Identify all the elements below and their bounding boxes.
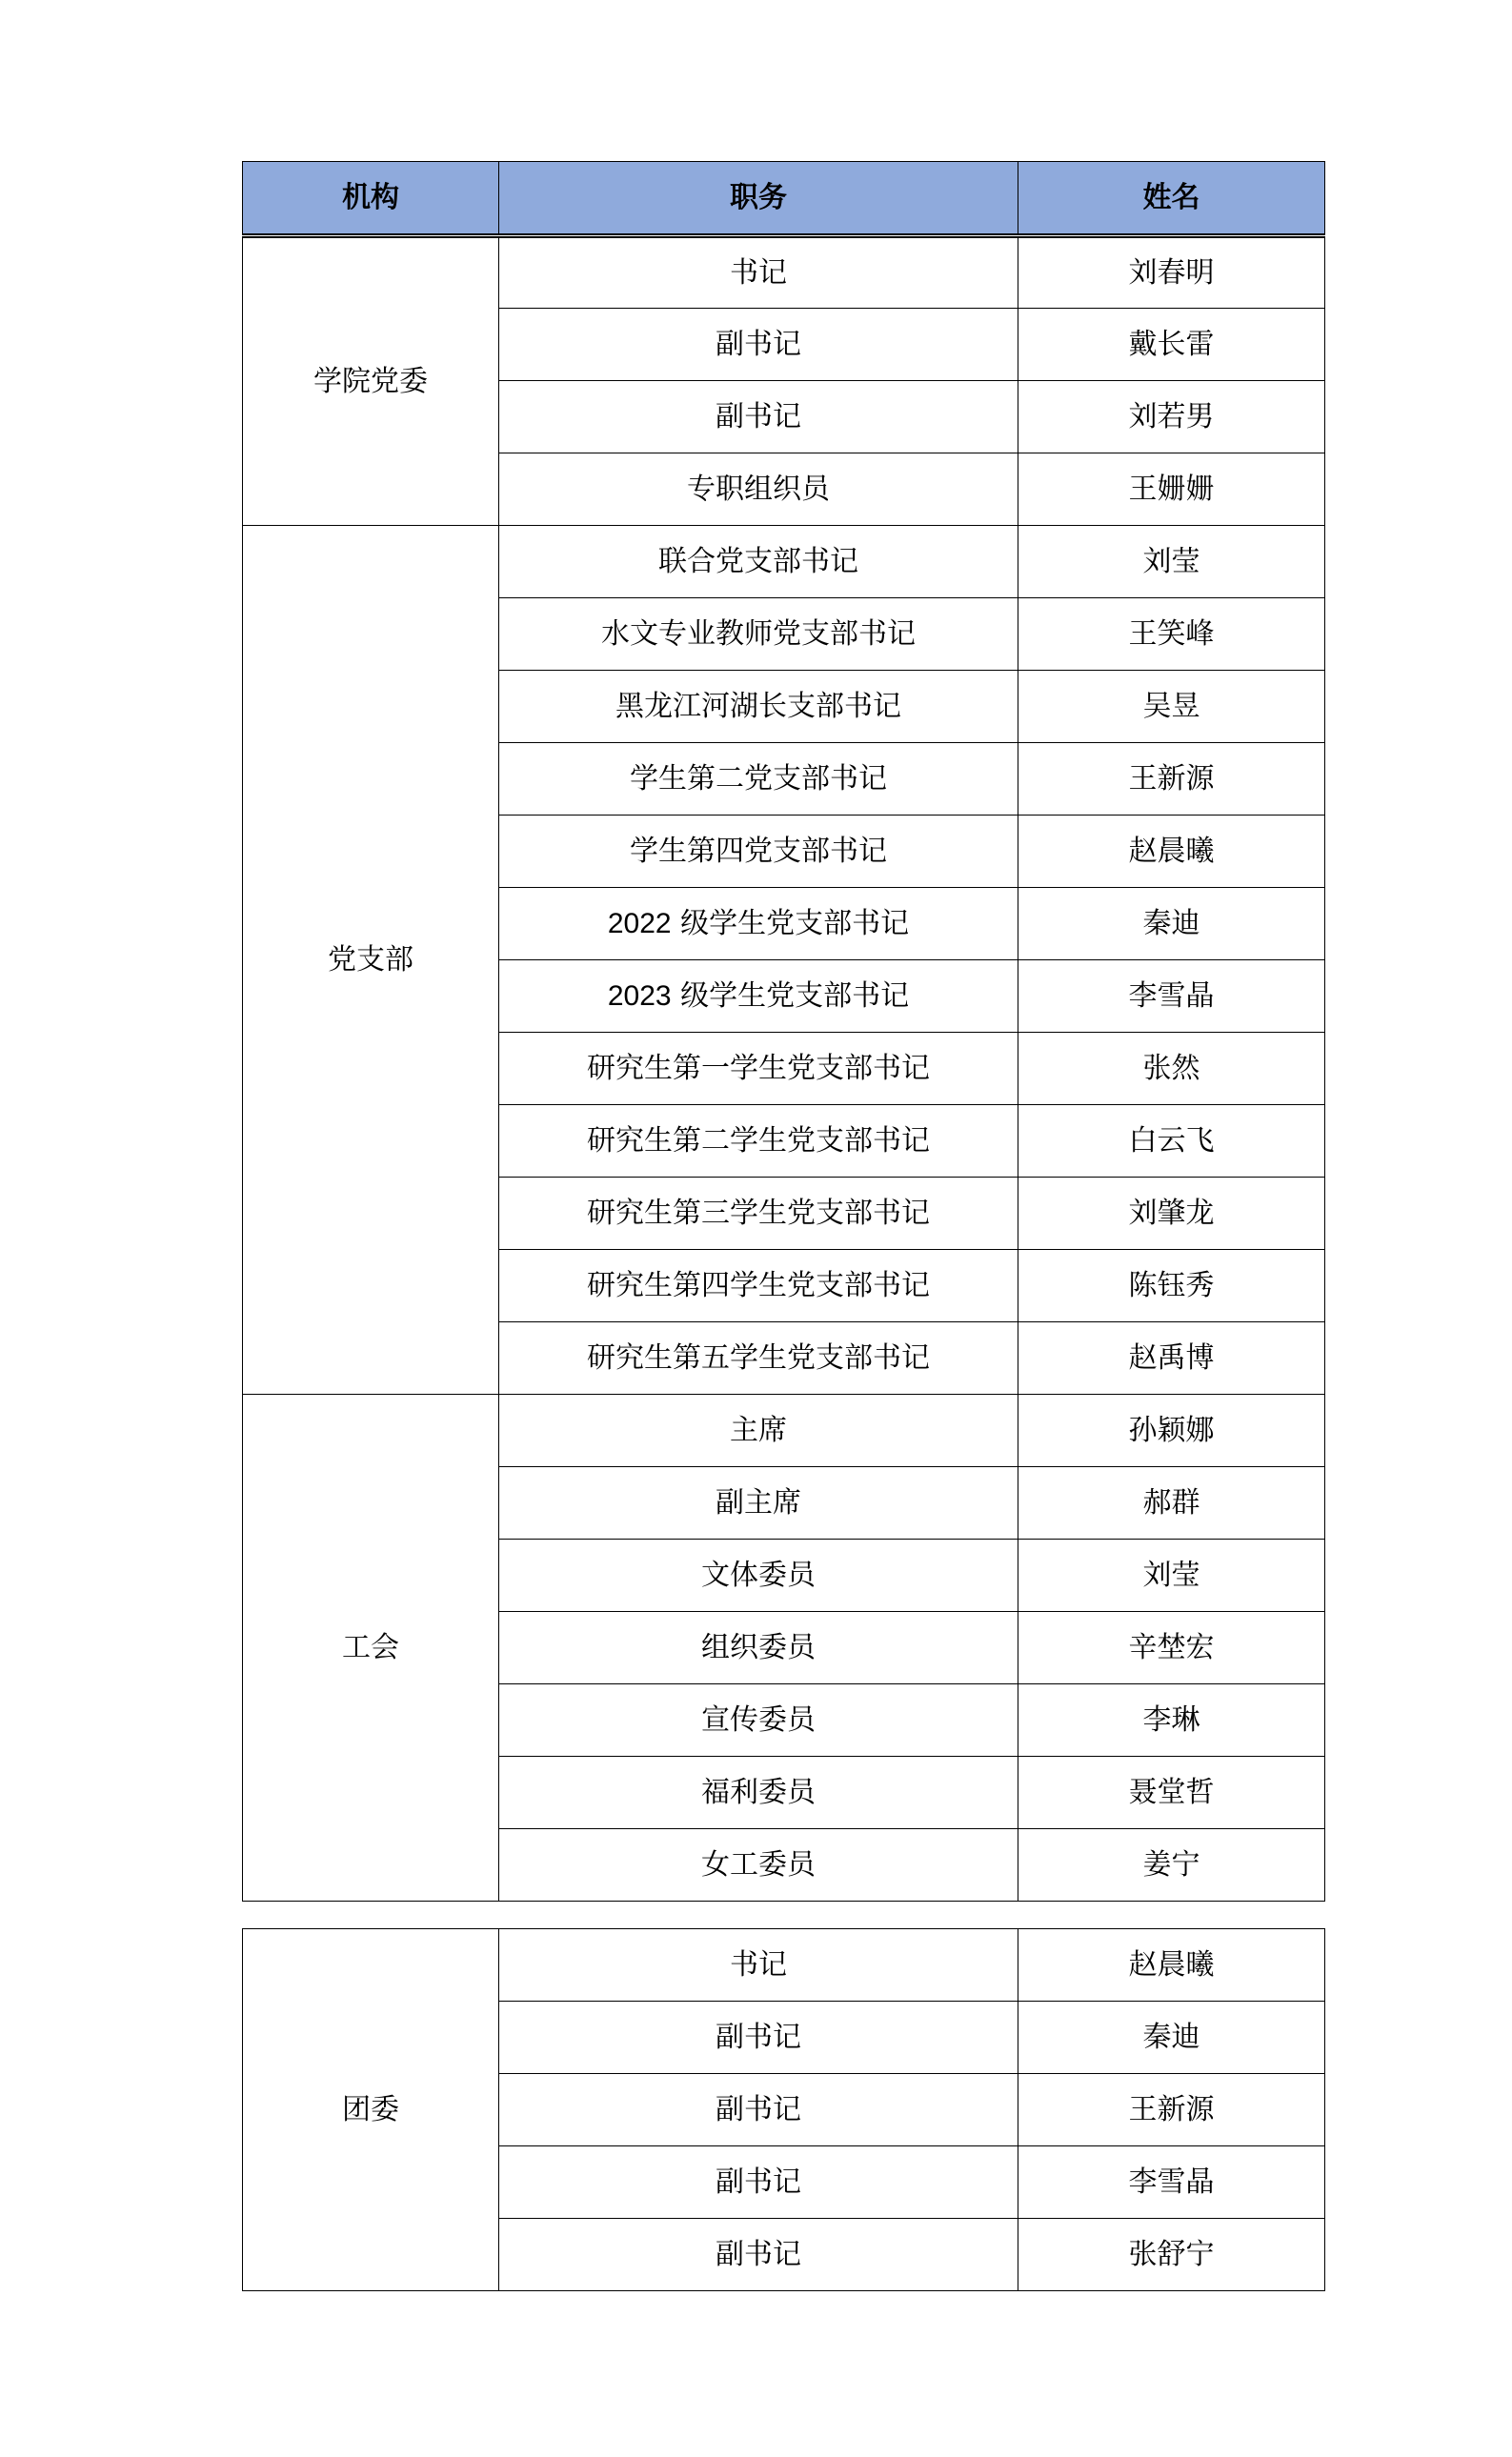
name-cell: 秦迪: [1018, 888, 1325, 960]
name-cell: 张然: [1018, 1033, 1325, 1105]
org-cell-college-party-committee: 学院党委: [243, 236, 499, 526]
name-cell: 刘若男: [1018, 381, 1325, 453]
position-cell: 宣传委员: [499, 1684, 1018, 1757]
position-cell: 主席: [499, 1395, 1018, 1467]
table-row: 工会 主席 孙颖娜: [243, 1395, 1325, 1467]
name-cell: 王姗姗: [1018, 453, 1325, 526]
position-cell: 副书记: [499, 2074, 1018, 2146]
youth-league-table: 团委 书记 赵晨曦 副书记 秦迪 副书记 王新源 副书记 李雪晶 副书记 张舒宁: [242, 1928, 1325, 2291]
position-cell: 学生第四党支部书记: [499, 816, 1018, 888]
position-cell: 福利委员: [499, 1757, 1018, 1829]
year-number: 2022: [608, 908, 672, 939]
position-cell: 2023 级学生党支部书记: [499, 960, 1018, 1033]
name-cell: 郝群: [1018, 1467, 1325, 1540]
position-cell: 副主席: [499, 1467, 1018, 1540]
name-cell: 李雪晶: [1018, 960, 1325, 1033]
name-cell: 李琳: [1018, 1684, 1325, 1757]
position-cell: 组织委员: [499, 1612, 1018, 1684]
name-cell: 吴昱: [1018, 671, 1325, 743]
name-cell: 刘莹: [1018, 526, 1325, 598]
position-cell: 研究生第二学生党支部书记: [499, 1105, 1018, 1178]
position-cell: 副书记: [499, 2002, 1018, 2074]
table-row: 团委 书记 赵晨曦: [243, 1929, 1325, 2002]
name-cell: 刘莹: [1018, 1540, 1325, 1612]
organization-table: 机构 职务 姓名 学院党委 书记 刘春明 副书记 戴长雷 副书记 刘若男 专职组…: [242, 161, 1325, 1902]
position-cell: 黑龙江河湖长支部书记: [499, 671, 1018, 743]
name-cell: 聂堂哲: [1018, 1757, 1325, 1829]
name-cell: 白云飞: [1018, 1105, 1325, 1178]
position-cell: 研究生第三学生党支部书记: [499, 1178, 1018, 1250]
name-cell: 刘春明: [1018, 236, 1325, 309]
name-cell: 王新源: [1018, 743, 1325, 816]
position-cell: 研究生第四学生党支部书记: [499, 1250, 1018, 1322]
position-cell: 2022 级学生党支部书记: [499, 888, 1018, 960]
position-cell: 学生第二党支部书记: [499, 743, 1018, 816]
name-cell: 赵禹博: [1018, 1322, 1325, 1395]
name-cell: 辛埜宏: [1018, 1612, 1325, 1684]
name-cell: 刘肇龙: [1018, 1178, 1325, 1250]
header-position: 职务: [499, 162, 1018, 236]
position-cell: 水文专业教师党支部书记: [499, 598, 1018, 671]
position-cell: 研究生第五学生党支部书记: [499, 1322, 1018, 1395]
name-cell: 姜宁: [1018, 1829, 1325, 1902]
name-cell: 赵晨曦: [1018, 1929, 1325, 2002]
position-cell: 副书记: [499, 309, 1018, 381]
name-cell: 张舒宁: [1018, 2219, 1325, 2291]
org-cell-party-branch: 党支部: [243, 526, 499, 1395]
header-org: 机构: [243, 162, 499, 236]
position-cell: 文体委员: [499, 1540, 1018, 1612]
name-cell: 王笑峰: [1018, 598, 1325, 671]
header-row: 机构 职务 姓名: [243, 162, 1325, 236]
position-cell: 副书记: [499, 2219, 1018, 2291]
position-cell: 专职组织员: [499, 453, 1018, 526]
position-cell: 研究生第一学生党支部书记: [499, 1033, 1018, 1105]
table-row: 学院党委 书记 刘春明: [243, 236, 1325, 309]
table-body: 团委 书记 赵晨曦 副书记 秦迪 副书记 王新源 副书记 李雪晶 副书记 张舒宁: [243, 1929, 1325, 2291]
name-cell: 王新源: [1018, 2074, 1325, 2146]
table-header: 机构 职务 姓名: [243, 162, 1325, 236]
position-cell: 书记: [499, 1929, 1018, 2002]
table-body: 学院党委 书记 刘春明 副书记 戴长雷 副书记 刘若男 专职组织员 王姗姗 党支…: [243, 236, 1325, 1902]
name-cell: 赵晨曦: [1018, 816, 1325, 888]
header-name: 姓名: [1018, 162, 1325, 236]
position-cell: 女工委员: [499, 1829, 1018, 1902]
org-cell-youth-league-committee: 团委: [243, 1929, 499, 2291]
name-cell: 秦迪: [1018, 2002, 1325, 2074]
position-cell: 副书记: [499, 381, 1018, 453]
year-number: 2023: [608, 980, 672, 1012]
name-cell: 李雪晶: [1018, 2146, 1325, 2219]
position-cell: 书记: [499, 236, 1018, 309]
name-cell: 孙颖娜: [1018, 1395, 1325, 1467]
name-cell: 戴长雷: [1018, 309, 1325, 381]
org-cell-labor-union: 工会: [243, 1395, 499, 1902]
table-row: 党支部 联合党支部书记 刘莹: [243, 526, 1325, 598]
position-cell: 副书记: [499, 2146, 1018, 2219]
name-cell: 陈钰秀: [1018, 1250, 1325, 1322]
position-cell: 联合党支部书记: [499, 526, 1018, 598]
